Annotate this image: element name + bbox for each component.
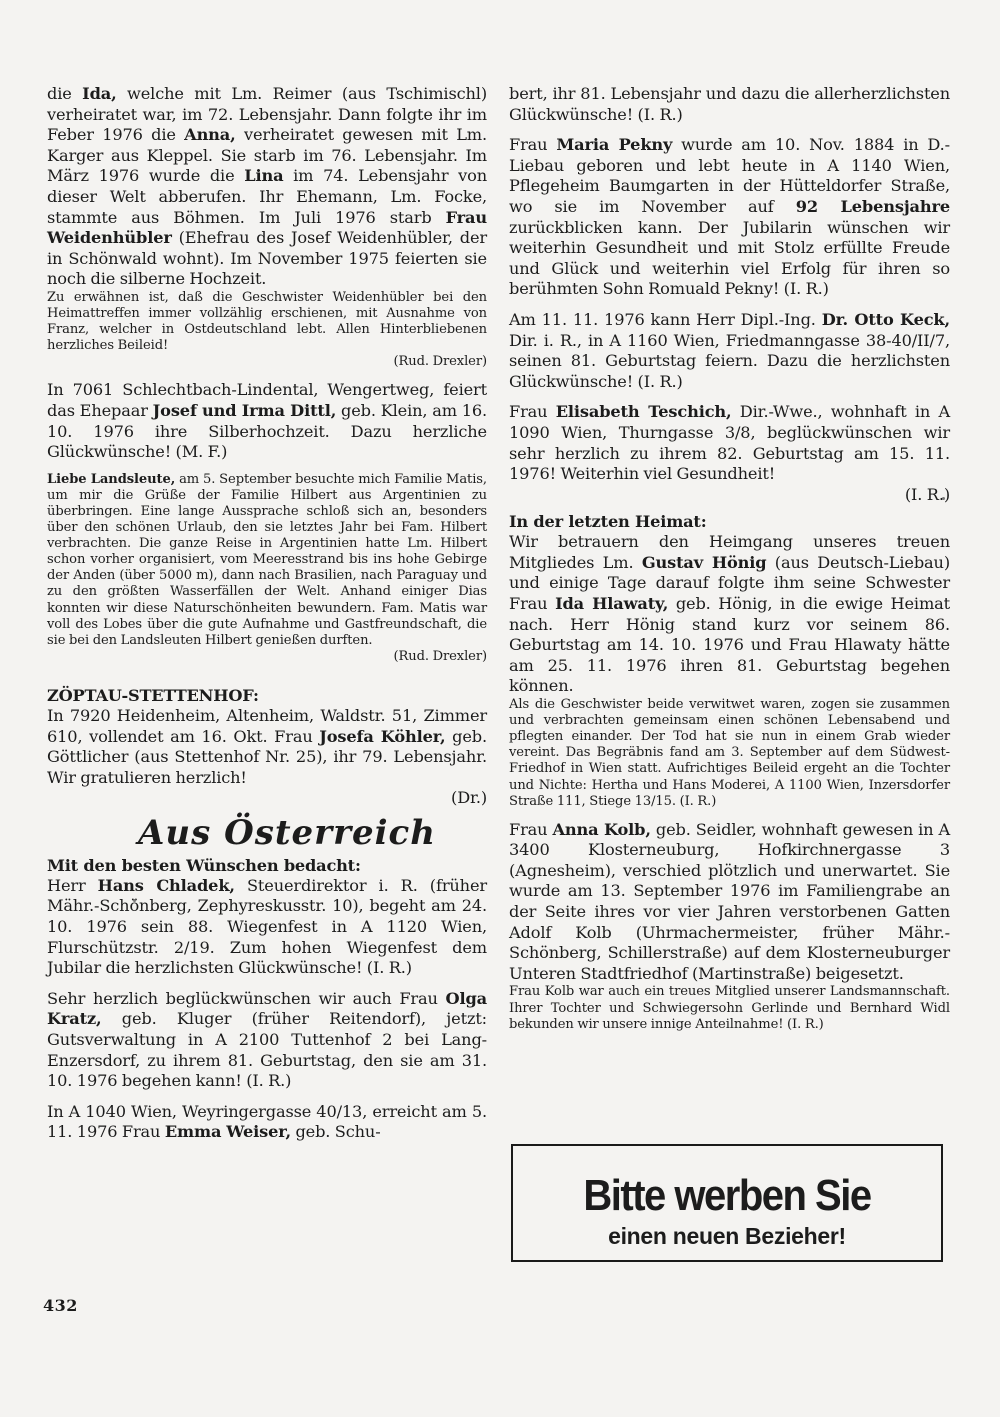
- obituary-paragraph: Frau Anna Kolb, geb. Seidler, wohnhaft g…: [509, 820, 950, 985]
- birthday-paragraph: Frau Maria Pekny wurde am 10. Nov. 1884 …: [509, 135, 950, 300]
- birthday-paragraph: Sehr herzlich beglückwünschen wir auch F…: [47, 989, 487, 1092]
- right-column: bert, ihr 81. Lebensjahr und dazu die al…: [509, 84, 950, 1033]
- obituary-note-small: Als die Geschwister beide verwitwet ware…: [509, 697, 950, 810]
- advert-subtitle: einen neuen Bezieher!: [513, 1222, 941, 1250]
- obituary-siblings-paragraph: die Ida, welche mit Lm. Reimer (aus Tsch…: [47, 84, 487, 290]
- birthday-paragraph: Am 11. 11. 1976 kann Herr Dipl.-Ing. Dr.…: [509, 310, 950, 392]
- signature: (Dr.): [47, 788, 487, 809]
- blackletter-heading: Aus Österreich: [87, 811, 487, 855]
- print-speck: [942, 497, 945, 500]
- obituary-note-small: Zu erwähnen ist, daß die Geschwister Wei…: [47, 290, 487, 354]
- birthday-paragraph: In 7920 Heidenheim, Altenheim, Waldstr. …: [47, 706, 487, 788]
- section-heading: In der letzten Heimat:: [509, 511, 950, 532]
- left-column: die Ida, welche mit Lm. Reimer (aus Tsch…: [47, 84, 487, 1143]
- silver-wedding-paragraph: In 7061 Schlechtbach-Lindental, Wengertw…: [47, 380, 487, 462]
- signature: (Rud. Drexler): [47, 649, 487, 665]
- subscriber-advert-box: Bitte werben Sie einen neuen Bezieher!: [511, 1144, 943, 1262]
- advert-title: Bitte werben Sie: [513, 1172, 941, 1220]
- obituary-paragraph: Wir betrauern den Heimgang unseres treue…: [509, 532, 950, 697]
- birthday-paragraph: Herr Hans Chladek, Steuerdirektor i. R. …: [47, 876, 487, 979]
- page-number: 432: [43, 1296, 78, 1315]
- birthday-paragraph: In A 1040 Wien, Weyringergasse 40/13, er…: [47, 1102, 487, 1143]
- print-speck: [133, 899, 136, 902]
- birthday-continuation: bert, ihr 81. Lebensjahr und dazu die al…: [509, 84, 950, 125]
- signature: (Rud. Drexler): [47, 354, 487, 370]
- birthday-paragraph: Frau Elisabeth Teschich, Dir.-Wwe., wohn…: [509, 402, 950, 484]
- obituary-note-small: Frau Kolb war auch ein treues Mitglied u…: [509, 984, 950, 1032]
- letter-paragraph: Liebe Landsleute, am 5. September besuch…: [47, 472, 487, 649]
- subheading: Mit den besten Wünschen bedacht:: [47, 855, 487, 876]
- newsletter-page: die Ida, welche mit Lm. Reimer (aus Tsch…: [0, 0, 1000, 1417]
- signature: (I. R.): [509, 485, 950, 506]
- section-heading: ZÖPTAU-STETTENHOF:: [47, 685, 487, 706]
